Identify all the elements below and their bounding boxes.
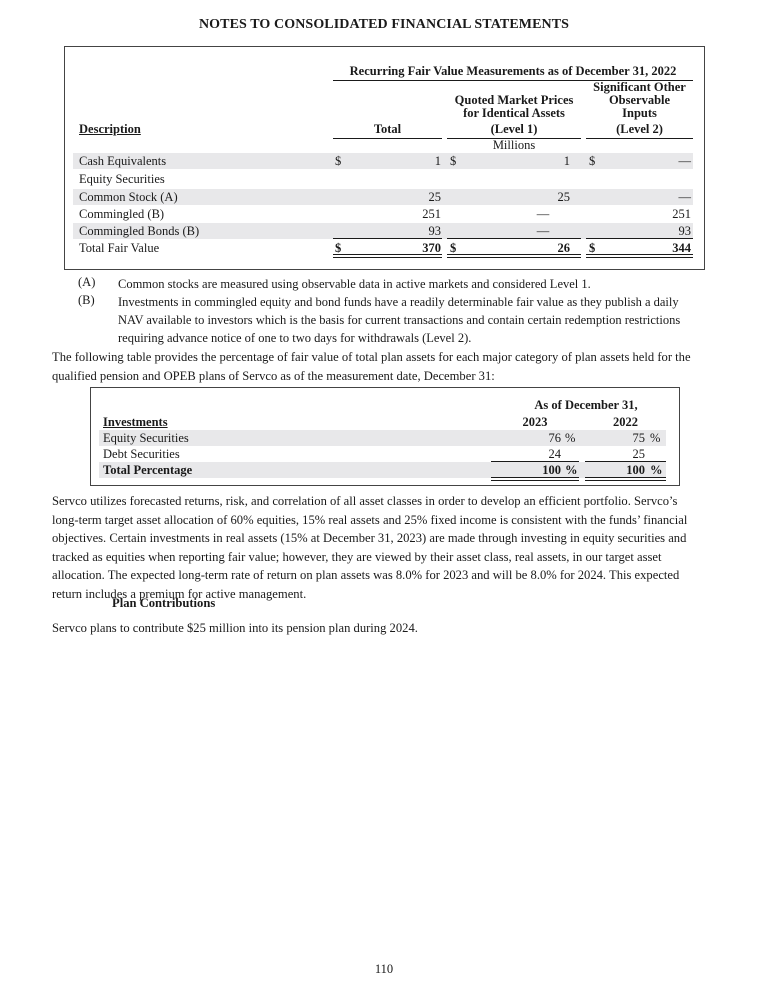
fair-value-table: Recurring Fair Value Measurements as of … <box>64 46 705 270</box>
plan-contributions-heading: Plan Contributions <box>112 596 215 611</box>
row-label: Equity Securities <box>79 171 165 187</box>
page-title: NOTES TO CONSOLIDATED FINANCIAL STATEMEN… <box>0 17 768 33</box>
footnote-b-label: (B) <box>78 293 95 308</box>
level2-value: 251 <box>613 206 691 222</box>
level2-value: 93 <box>613 223 691 239</box>
col-level2-line3: Inputs <box>586 106 693 121</box>
value-2023: 76 <box>491 430 561 446</box>
col-level1-line3: (Level 1) <box>447 122 581 137</box>
body-line-5: allocation. The expected long-term rate … <box>52 566 762 585</box>
level1-value: — <box>513 206 573 222</box>
body-line-2: long-term target asset allocation of 60%… <box>52 511 762 530</box>
alloc-double-rule-2022 <box>585 477 666 481</box>
row-label: Cash Equivalents <box>79 153 166 169</box>
value-2022: 100 <box>585 462 645 478</box>
units-label: Millions <box>447 138 581 153</box>
level1-currency: $ <box>450 153 456 169</box>
alloc-total-rule-2022 <box>585 461 666 462</box>
double-rule-total <box>333 254 442 258</box>
table-row: Common Stock (A)2525— <box>73 189 693 205</box>
col-total: Total <box>333 122 442 137</box>
value-2022: 75 <box>585 430 645 446</box>
level2-value: — <box>613 189 691 205</box>
table-row: Cash Equivalents$1$1$— <box>73 153 693 169</box>
row-label: Commingled (B) <box>79 206 164 222</box>
value-2023: 24 <box>491 446 561 462</box>
body-line-1: Servco utilizes forecasted returns, risk… <box>52 492 762 511</box>
value-2023: 100 <box>491 462 561 478</box>
value-2022: 25 <box>585 446 645 462</box>
table-row: Total Percentage100%100% <box>99 462 666 478</box>
table-row: Equity Securities <box>73 171 693 187</box>
body-line-3: objectives. Certain investments in real … <box>52 529 762 548</box>
level1-value: 25 <box>493 189 570 205</box>
row-label: Common Stock (A) <box>79 189 178 205</box>
double-rule-level2 <box>586 254 693 258</box>
row-label: Total Fair Value <box>79 240 159 256</box>
intro-paragraph: The following table provides the percent… <box>52 348 752 385</box>
total-rule-level2 <box>586 238 693 239</box>
row-label: Debt Securities <box>103 446 180 462</box>
level1-value: — <box>513 223 573 239</box>
table-row: Commingled Bonds (B)93—93 <box>73 223 693 239</box>
alloc-double-rule-2023 <box>491 477 579 481</box>
pct-2023: % <box>565 430 575 446</box>
intro-line-2: qualified pension and OPEB plans of Serv… <box>52 367 752 386</box>
fair-value-super-header: Recurring Fair Value Measurements as of … <box>333 64 693 79</box>
row-label: Total Percentage <box>103 462 192 478</box>
total-value: 25 <box>373 189 441 205</box>
total-value: 1 <box>373 153 441 169</box>
total-value: 251 <box>373 206 441 222</box>
col-2023: 2023 <box>491 415 579 430</box>
level2-value: — <box>613 153 691 169</box>
footnote-a-text: Common stocks are measured using observa… <box>118 275 591 293</box>
intro-line-1: The following table provides the percent… <box>52 348 752 367</box>
col-level1-line2: for Identical Assets <box>447 106 581 121</box>
footnote-b-line2: NAV available to investors which is the … <box>118 311 680 329</box>
footnote-b-line3: requiring advance notice of one to two d… <box>118 329 471 347</box>
allocation-strategy-paragraph: Servco utilizes forecasted returns, risk… <box>52 492 762 603</box>
table-row: Commingled (B)251—251 <box>73 206 693 222</box>
total-rule-total <box>333 238 442 239</box>
double-rule-level1 <box>447 254 581 258</box>
header-rule-total <box>333 138 442 139</box>
total-value: 93 <box>373 223 441 239</box>
col-level2-line4: (Level 2) <box>586 122 693 137</box>
footnote-a-label: (A) <box>78 275 95 290</box>
level2-currency: $ <box>589 153 595 169</box>
col-description: Description <box>79 122 141 137</box>
page-number: 110 <box>0 962 768 977</box>
header-rule-level2 <box>586 138 693 139</box>
total-rule-level1 <box>447 238 581 239</box>
row-label: Commingled Bonds (B) <box>79 223 199 239</box>
table-row: Equity Securities76%75% <box>99 430 666 446</box>
pct-2022: % <box>650 462 663 478</box>
row-label: Equity Securities <box>103 430 189 446</box>
pct-2023: % <box>565 462 578 478</box>
allocation-super-header: As of December 31, <box>496 398 676 413</box>
table-row: Debt Securities2425 <box>99 446 666 462</box>
col-investments: Investments <box>103 415 168 430</box>
alloc-total-rule-2023 <box>491 461 579 462</box>
pct-2022: % <box>650 430 660 446</box>
allocation-table: As of December 31, Investments 2023 2022… <box>90 387 680 486</box>
col-2022: 2022 <box>585 415 666 430</box>
total-currency: $ <box>335 153 341 169</box>
level1-value: 1 <box>493 153 570 169</box>
body-line-4: tracked as equities when reporting fair … <box>52 548 762 567</box>
footnote-b-line1: Investments in commingled equity and bon… <box>118 293 679 311</box>
plan-contributions-text: Servco plans to contribute $25 million i… <box>52 619 418 638</box>
